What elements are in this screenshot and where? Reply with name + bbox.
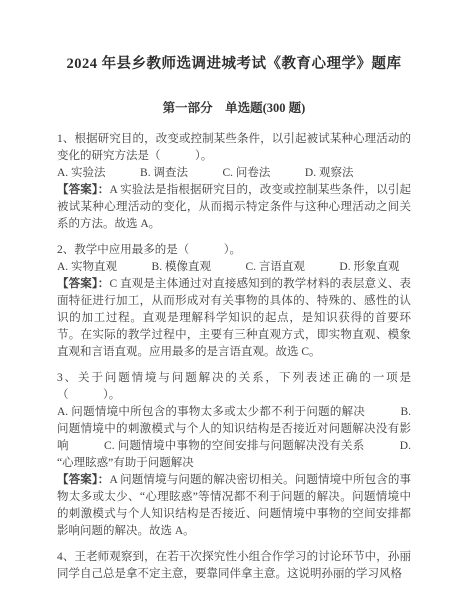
document-title: 2024 年县乡教师选调进城考试《教育心理学》题库 (57, 54, 411, 74)
answer-text: A 问题情境与问题的解决密切相关。问题情境中所包含的事物太多或太少、“心理眩惑”… (57, 474, 411, 537)
section-heading: 第一部分 单选题(300 题) (57, 100, 411, 116)
question-answer: 【答案】：C 直观是主体通过对直接感知到的教学材料的表层意义、表面特征进行加工，… (57, 276, 411, 361)
question-answer: 【答案】：A 问题情境与问题的解决密切相关。问题情境中所包含的事物太多或太少、“… (57, 472, 411, 540)
question-stem: 3、关于问题情境与问题解决的关系，下列表述正确的一项是（ ）。 (57, 370, 411, 404)
question-stem: 1、根据研究目的，改变或控制某些条件，以引起被试某种心理活动的变化的研究方法是（… (57, 131, 411, 165)
question-stem: 2、教学中应用最多的是（ ）。 (57, 242, 411, 259)
answer-label: 【答案】： (57, 474, 109, 486)
document-page: 2024 年县乡教师选调进城考试《教育心理学》题库 第一部分 单选题(300 题… (0, 0, 463, 600)
answer-text: A 实验法是指根据研究目的，改变或控制某些条件，以引起被试某种心理活动的变化，从… (57, 184, 411, 230)
questions-list: 1、根据研究目的，改变或控制某些条件，以引起被试某种心理活动的变化的研究方法是（… (57, 131, 411, 583)
question-options: A. 问题情境中所包含的事物太多或太少都不利于问题的解决 B. 问题情境中的刺激… (57, 404, 411, 472)
answer-label: 【答案】： (57, 184, 109, 196)
question-block: 1、根据研究目的，改变或控制某些条件，以引起被试某种心理活动的变化的研究方法是（… (57, 131, 411, 233)
answer-text: C 直观是主体通过对直接感知到的教学材料的表层意义、表面特征进行加工，从而形成对… (57, 278, 411, 358)
question-options: A. 实物直观 B. 模像直观 C. 言语直观 D. 形象直观 (57, 259, 411, 276)
question-options: A. 实验法 B. 调查法 C. 问卷法 D. 观察法 (57, 165, 411, 182)
question-block: 3、关于问题情境与问题解决的关系，下列表述正确的一项是（ ）。A. 问题情境中所… (57, 370, 411, 540)
question-answer: 【答案】：A 实验法是指根据研究目的，改变或控制某些条件，以引起被试某种心理活动… (57, 182, 411, 233)
answer-label: 【答案】： (57, 278, 109, 290)
question-block: 4、王老师观察到，在若干次探究性小组合作学习的讨论环节中，孙丽同学自己总是拿不定… (57, 549, 411, 583)
question-block: 2、教学中应用最多的是（ ）。A. 实物直观 B. 模像直观 C. 言语直观 D… (57, 242, 411, 361)
question-stem: 4、王老师观察到，在若干次探究性小组合作学习的讨论环节中，孙丽同学自己总是拿不定… (57, 549, 411, 583)
